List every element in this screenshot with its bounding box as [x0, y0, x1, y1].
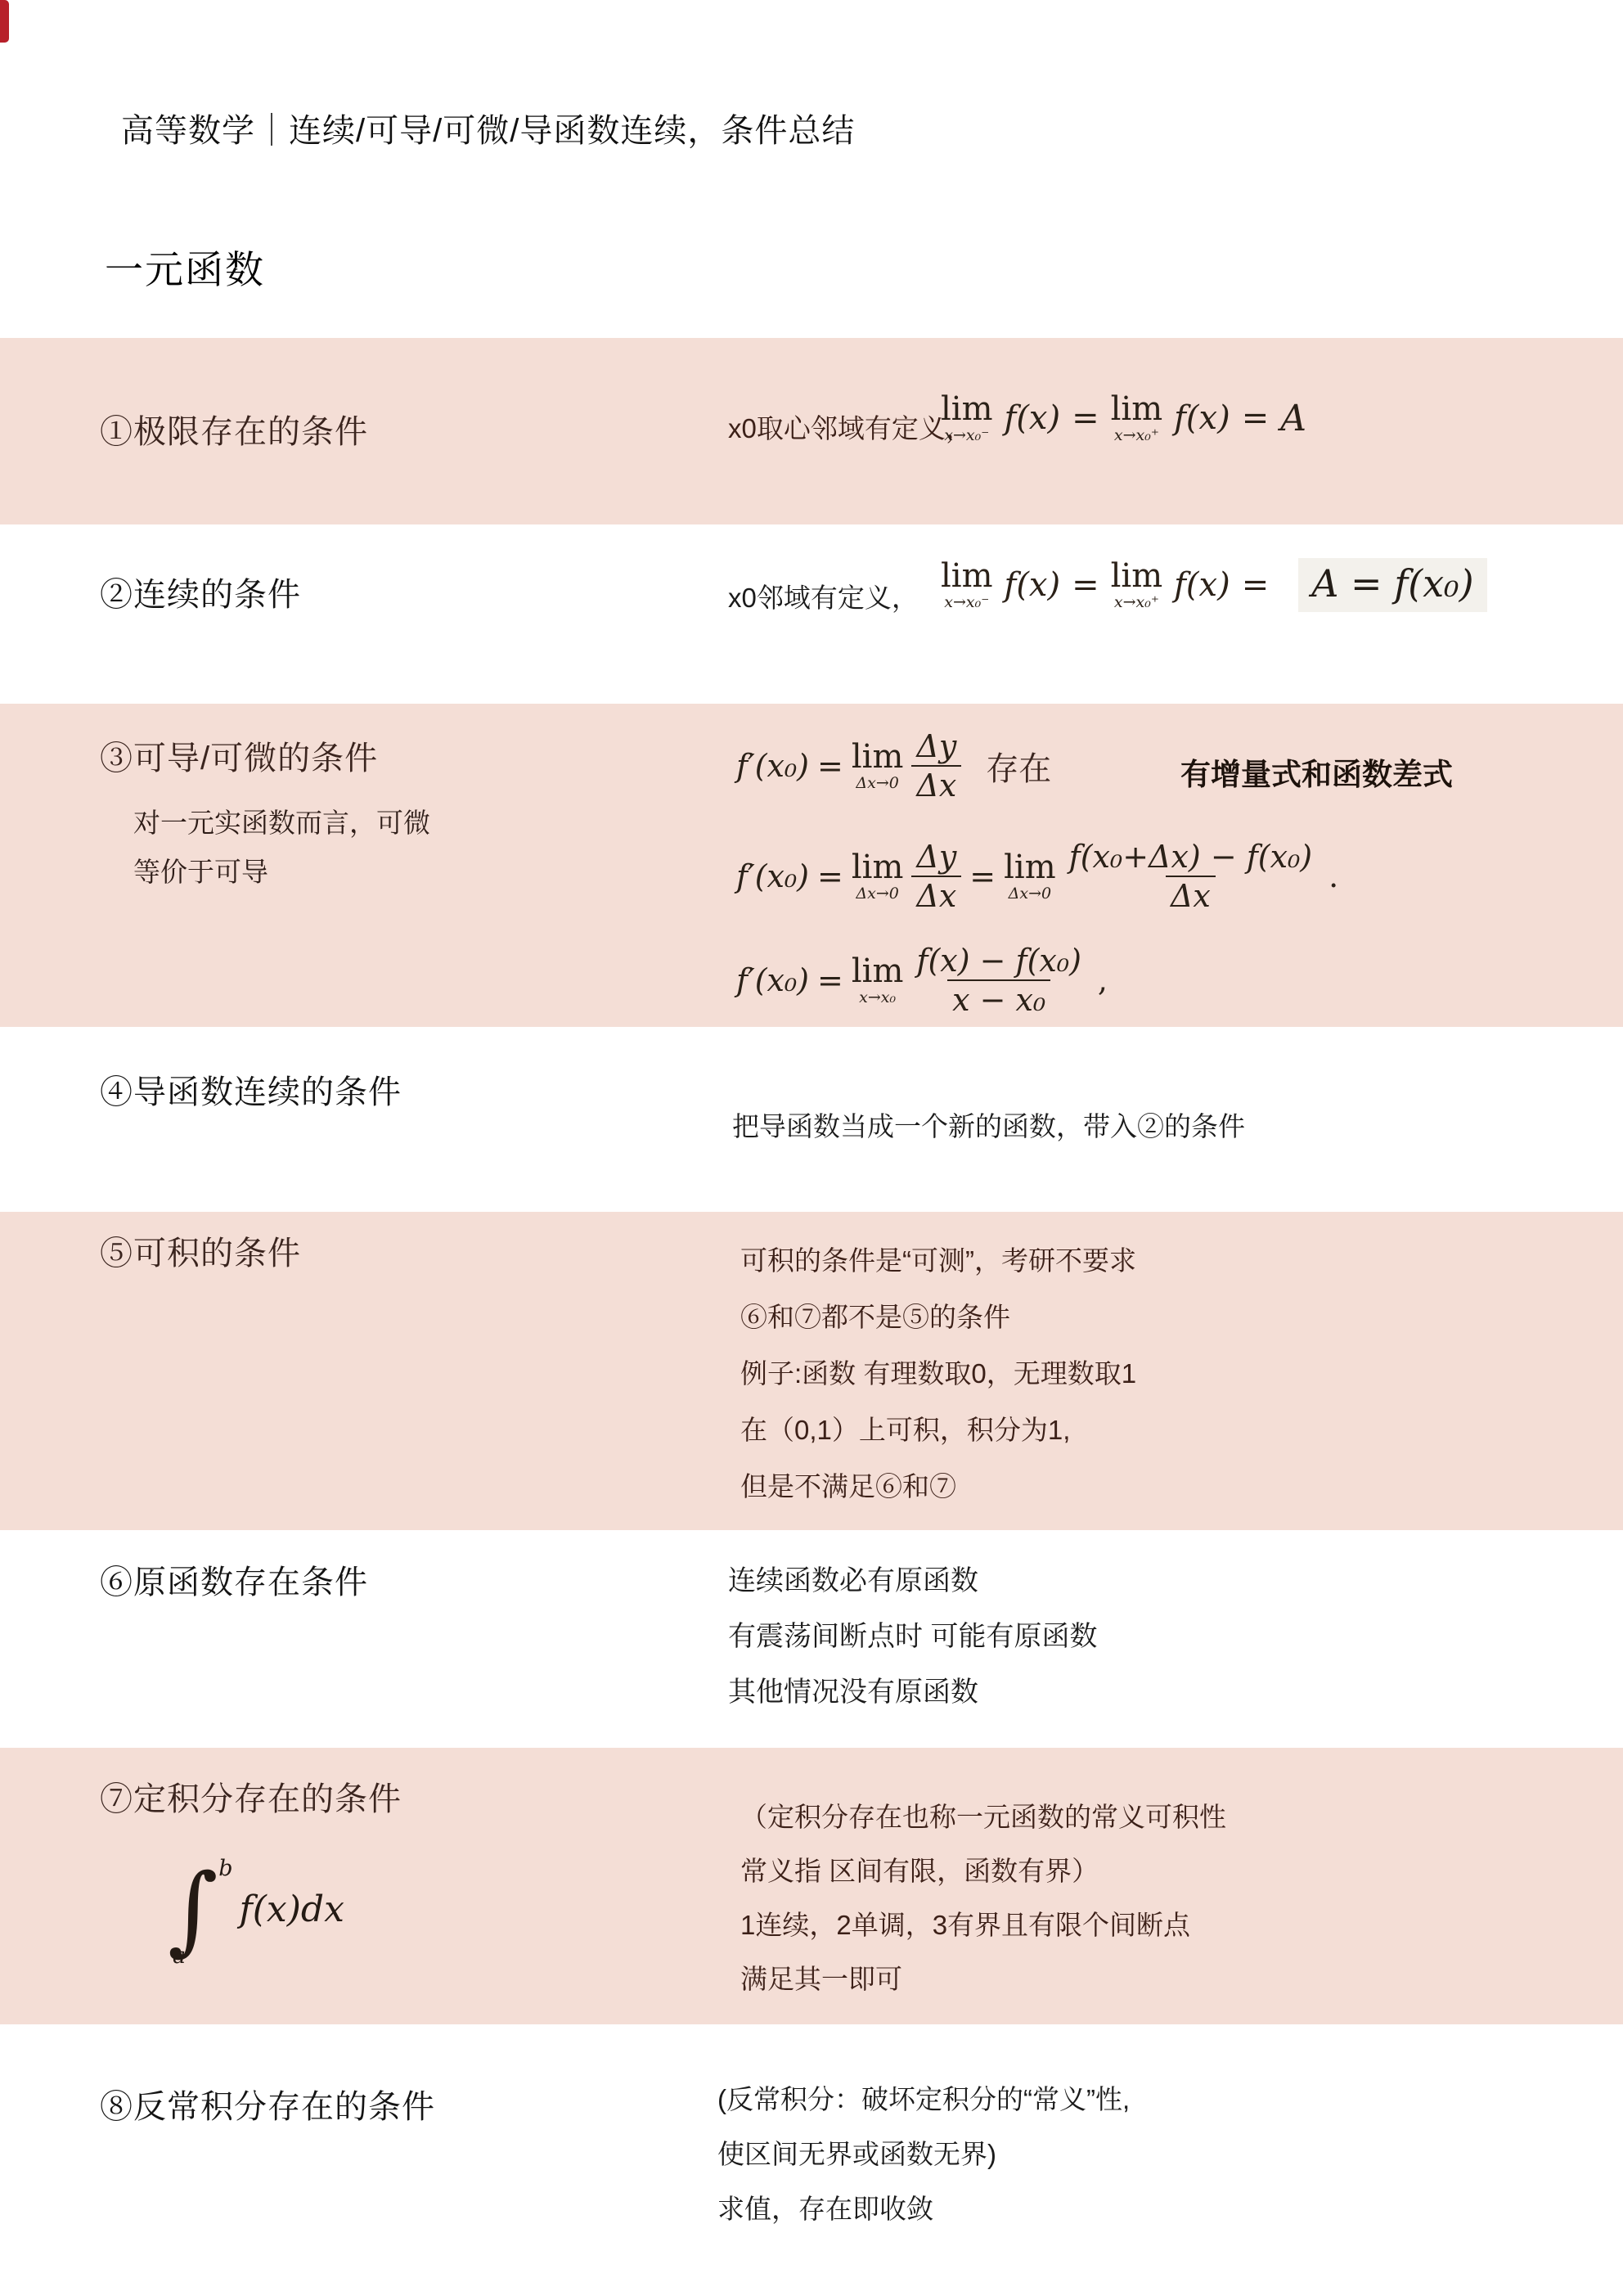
delta-fraction: Δy Δx: [911, 841, 961, 912]
page-title: 高等数学｜连续/可导/可微/导函数连续，条件总结: [121, 105, 855, 151]
row5-line-5: 但是不满足⑥和⑦: [740, 1458, 1136, 1515]
limit-operator: lim Δx→0: [852, 741, 904, 791]
integral-sign: ∫ b a: [168, 1859, 218, 1961]
integral-upper-bound: b: [218, 1856, 232, 1881]
a-equals-fx0-image: A = f(x₀): [1298, 558, 1486, 612]
derivative-definition-short: f′(x₀) = lim Δx→0 Δy Δx 存在: [736, 731, 1051, 801]
limit-operator: lim Δx→0: [852, 851, 904, 902]
row3-heading: ③可导/可微的条件: [100, 732, 378, 779]
limit-operator: lim x→x₀⁻: [941, 393, 993, 443]
row5-line-4: 在（0,1）上可积，积分为1,: [740, 1402, 1136, 1458]
limit-operator: lim x→x₀⁺: [1111, 393, 1163, 443]
derivative-definition-increment: f′(x₀) = lim Δx→0 Δy Δx = lim Δx→0 f(x₀+…: [736, 841, 1338, 912]
row7-line-4: 满足其一即可: [740, 1952, 1226, 2006]
red-corner-mark: [0, 0, 9, 43]
row8-line-1: (反常积分：破坏定积分的“常义”性,: [717, 2072, 1130, 2127]
row1-heading: ①极限存在的条件: [100, 406, 368, 452]
integral-lower-bound: a: [173, 1943, 186, 1969]
row5-text-block: 可积的条件是“可测”，考研不要求 ⑥和⑦都不是⑤的条件 例子:函数 有理数取0，…: [740, 1232, 1136, 1515]
row2-lead-text: x0邻域有定义，: [728, 581, 919, 615]
definite-integral-formula: ∫ b a f(x)dx: [168, 1859, 344, 1961]
limit-operator: lim x→x₀⁺: [1111, 560, 1163, 610]
row1-limit-formula: lim x→x₀⁻ f(x) = lim x→x₀⁺ f(x) = A: [941, 393, 1306, 443]
limit-operator: lim x→x₀: [852, 955, 904, 1006]
row1-lead-text: x0取心邻域有定义，: [728, 412, 973, 445]
row7-text-block: （定积分存在也称一元函数的常义可积性 常义指 区间有限，函数有界） 1连续，2单…: [740, 1790, 1226, 2006]
row2-heading: ②连续的条件: [100, 569, 301, 615]
row3-subnote-1: 对一元实函数而言，可微: [133, 802, 430, 840]
row8-line-3: 求值，存在即收敛: [717, 2181, 1130, 2236]
delta-fraction: Δy Δx: [911, 731, 961, 801]
row8-text-block: (反常积分：破坏定积分的“常义”性, 使区间无界或函数无界) 求值，存在即收敛: [717, 2072, 1130, 2236]
row7-line-3: 1连续，2单调，3有界且有限个间断点: [740, 1898, 1226, 1952]
integral-body: f(x)dx: [239, 1889, 344, 1930]
row6-line-2: 有震荡间断点时 可能有原函数: [728, 1609, 1097, 1664]
derivative-definition-difference: f′(x₀) = lim x→x₀ f(x) − f(x₀) x − x₀ ,: [736, 945, 1108, 1015]
row7-line-2: 常义指 区间有限，函数有界）: [740, 1844, 1226, 1898]
row7-line-1: （定积分存在也称一元函数的常义可积性: [740, 1790, 1226, 1844]
row2-limit-formula: lim x→x₀⁻ f(x) = lim x→x₀⁺ f(x) = A = f(…: [941, 558, 1487, 612]
difference-quotient-fraction: f(x₀+Δx) − f(x₀) Δx: [1064, 841, 1317, 912]
difference-quotient-fraction: f(x) − f(x₀) x − x₀: [911, 945, 1086, 1015]
row5-heading: ⑤可积的条件: [100, 1227, 301, 1274]
row4-text: 把导函数当成一个新的函数，带入②的条件: [732, 1110, 1245, 1143]
exists-label: 存在: [986, 743, 1051, 790]
row5-line-3: 例子:函数 有理数取0，无理数取1: [740, 1345, 1136, 1402]
row6-text-block: 连续函数必有原函数 有震荡间断点时 可能有原函数 其他情况没有原函数: [728, 1553, 1097, 1720]
limit-operator: lim Δx→0: [1004, 851, 1056, 902]
row5-line-2: ⑥和⑦都不是⑤的条件: [740, 1289, 1136, 1345]
row3-subnote-2: 等价于可导: [133, 851, 268, 889]
row5-line-1: 可积的条件是“可测”，考研不要求: [740, 1232, 1136, 1289]
row4-heading: ④导函数连续的条件: [100, 1066, 402, 1113]
note-page: 高等数学｜连续/可导/可微/导函数连续，条件总结 一元函数 ①极限存在的条件 x…: [0, 0, 1623, 2296]
row8-heading: ⑧反常积分存在的条件: [100, 2081, 435, 2127]
row6-heading: ⑥原函数存在条件: [100, 1556, 368, 1603]
section-title: 一元函数: [105, 240, 265, 295]
row3-side-note: 有增量式和函数差式: [1180, 750, 1453, 794]
row6-line-1: 连续函数必有原函数: [728, 1553, 1097, 1609]
row6-line-3: 其他情况没有原函数: [728, 1664, 1097, 1720]
limit-operator: lim x→x₀⁻: [941, 560, 993, 610]
row7-heading: ⑦定积分存在的条件: [100, 1773, 402, 1820]
row8-line-2: 使区间无界或函数无界): [717, 2127, 1130, 2181]
